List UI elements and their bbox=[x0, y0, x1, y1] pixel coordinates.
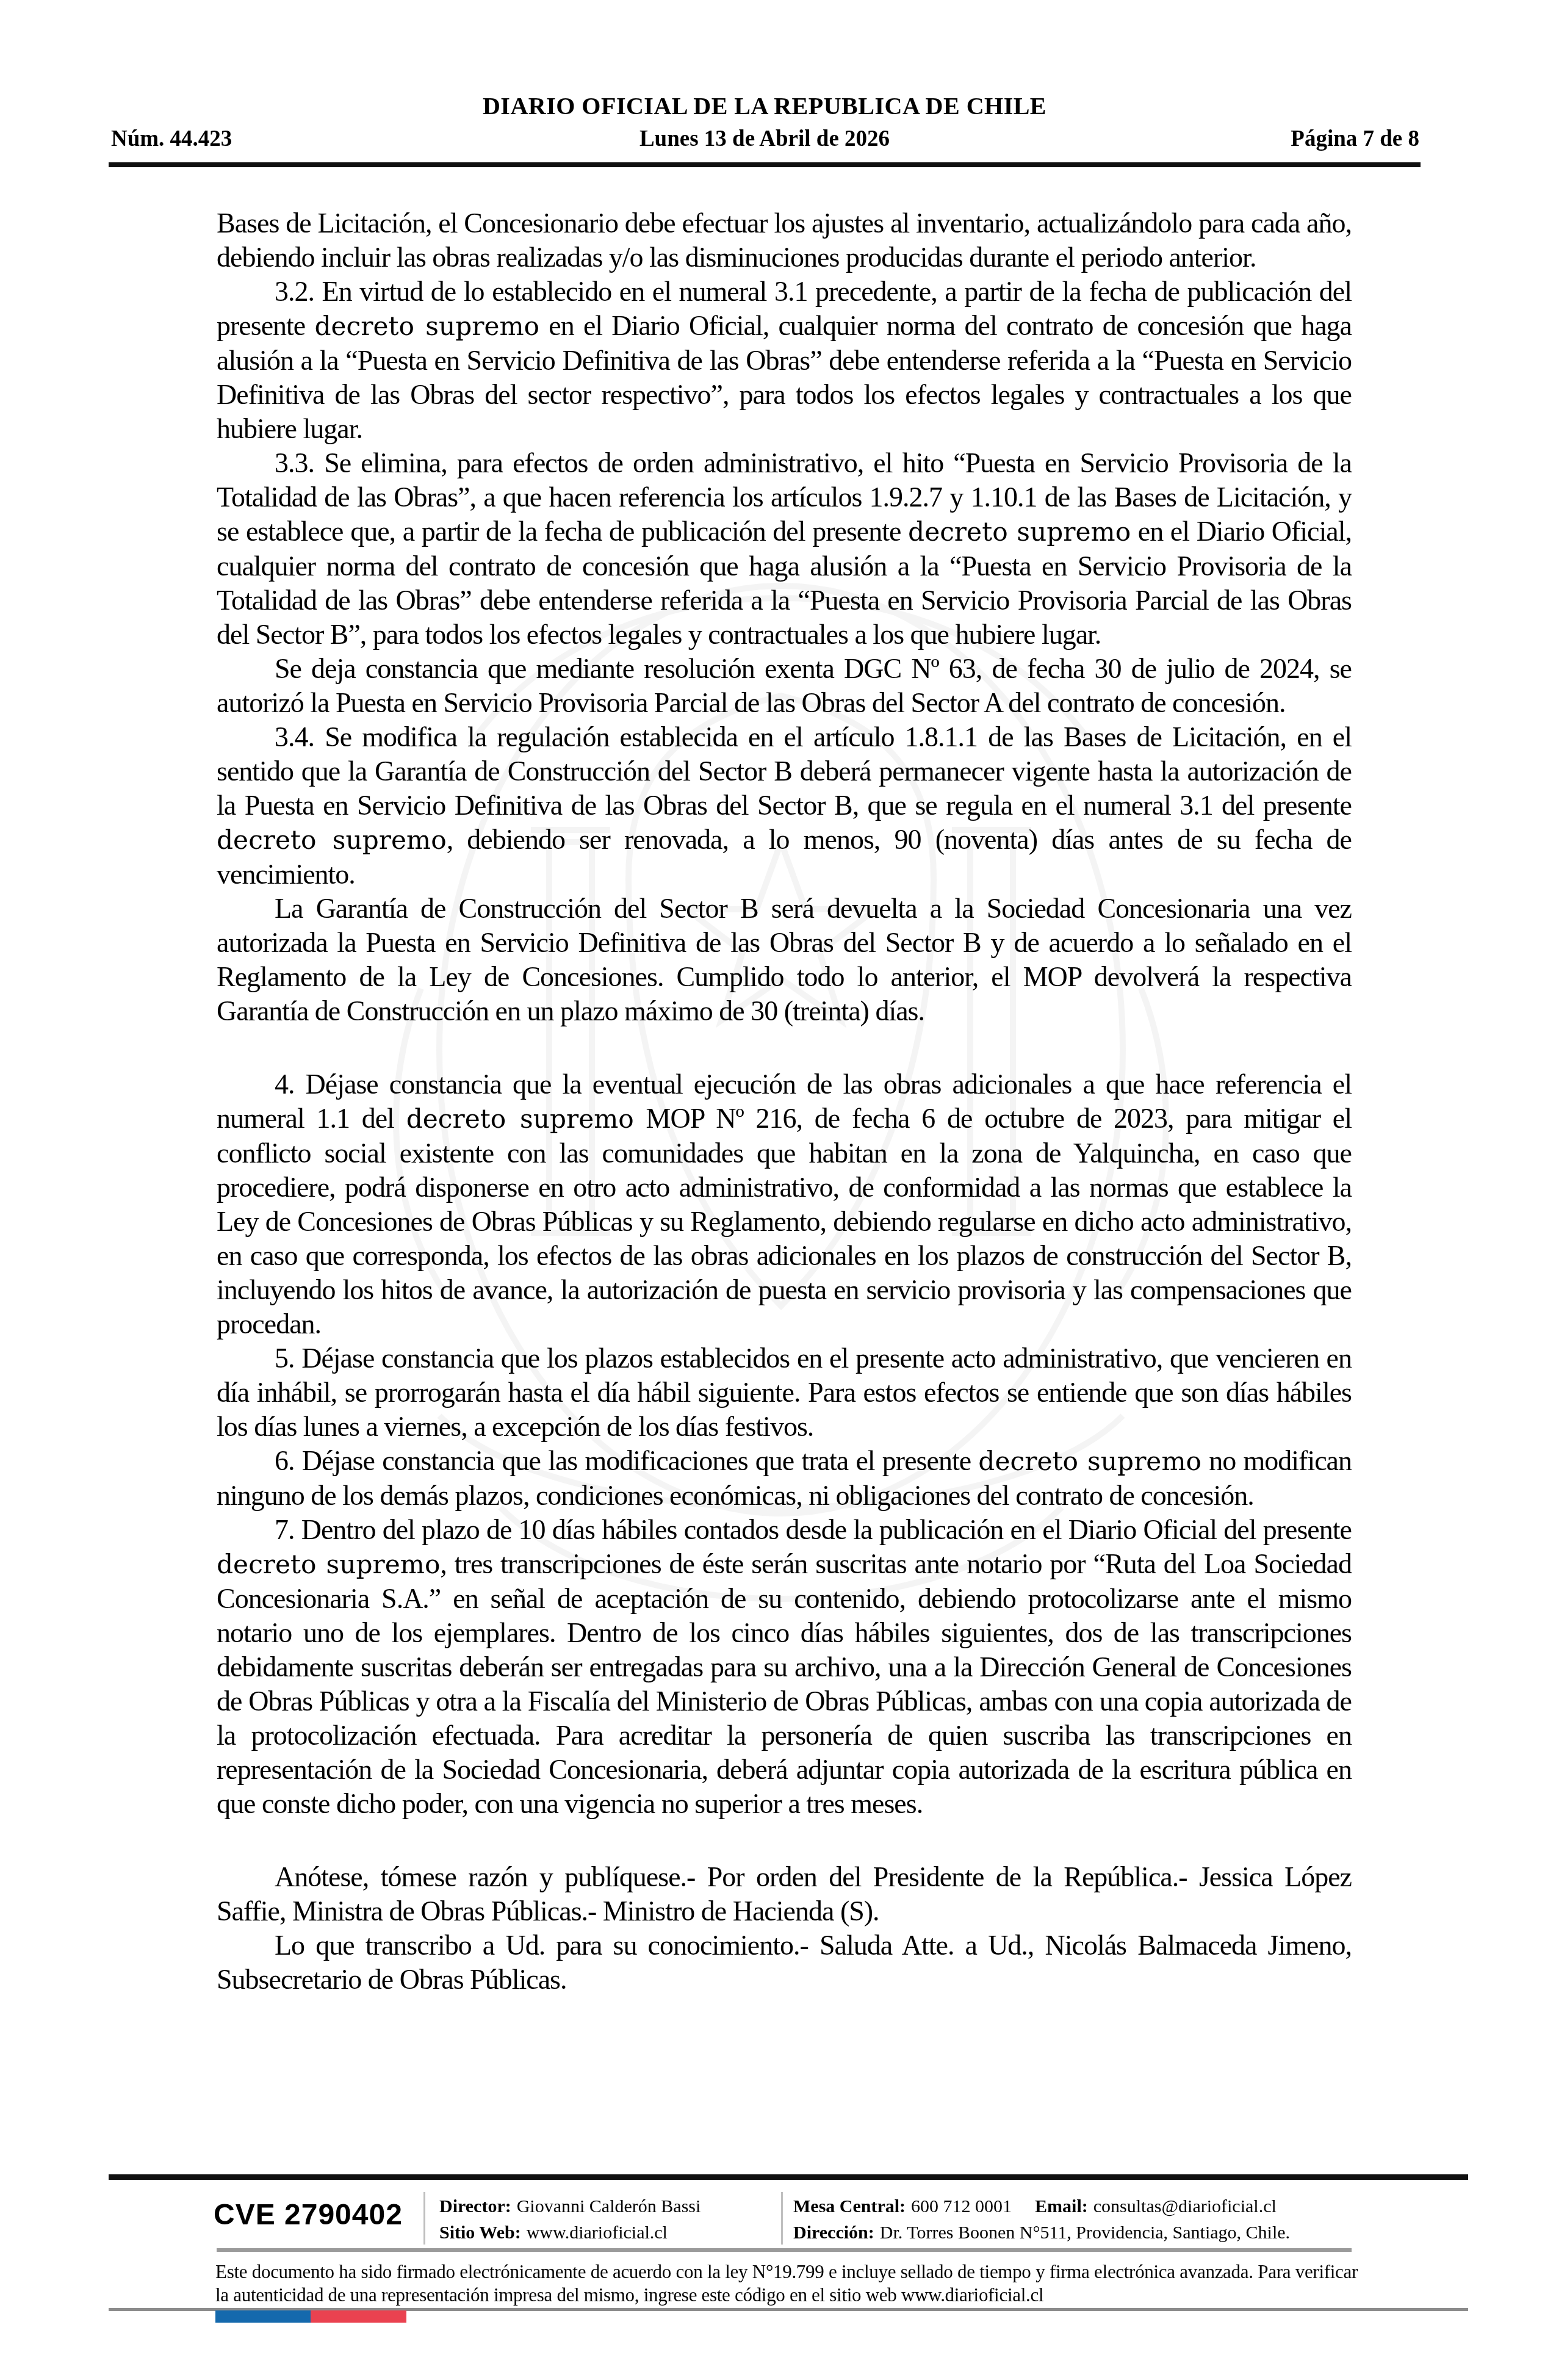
paragraph: Lo que transcribo a Ud. para su conocimi… bbox=[217, 1928, 1352, 1997]
paragraph: 7. Dentro del plazo de 10 días hábiles c… bbox=[217, 1513, 1352, 1821]
paragraph: 3.4. Se modifica la regulación estableci… bbox=[217, 720, 1352, 892]
body-text: 7. Dentro del plazo de 10 días hábiles c… bbox=[275, 1514, 1352, 1545]
paragraph: 3.2. En virtud de lo establecido en el n… bbox=[217, 275, 1352, 446]
address-value: Dr. Torres Boonen N°511, Providencia, Sa… bbox=[880, 2223, 1290, 2243]
footer-mid-rule bbox=[217, 2248, 1352, 2252]
body-text: 6. Déjase constancia que las modificacio… bbox=[275, 1445, 978, 1476]
footer-divider-2 bbox=[781, 2192, 783, 2245]
masthead-title: DIARIO OFICIAL DE LA REPUBLICA DE CHILE bbox=[109, 92, 1421, 120]
header-rule bbox=[109, 162, 1421, 167]
footer-divider-1 bbox=[423, 2192, 425, 2245]
address-label: Dirección: bbox=[793, 2223, 874, 2243]
chile-flag-mark bbox=[215, 2310, 406, 2323]
director-label: Director: bbox=[439, 2196, 511, 2216]
website-line: Sitio Web:www.diarioficial.cl bbox=[439, 2220, 701, 2246]
alt-font-text: decreto supremo bbox=[217, 1549, 440, 1579]
paragraph: 4. Déjase constancia que la eventual eje… bbox=[217, 1067, 1352, 1341]
page-number: Página 7 de 8 bbox=[1291, 126, 1419, 152]
body-text: 5. Déjase constancia que los plazos esta… bbox=[217, 1343, 1352, 1442]
phone-email-line: Mesa Central:600 712 0001Email:consultas… bbox=[793, 2193, 1290, 2220]
cve-code: CVE 2790402 bbox=[214, 2198, 403, 2232]
body-text: 3.4. Se modifica la regulación estableci… bbox=[217, 721, 1352, 821]
footer-contact-block: Mesa Central:600 712 0001Email:consultas… bbox=[793, 2193, 1290, 2246]
document-body: Bases de Licitación, el Concesionario de… bbox=[217, 206, 1352, 1997]
flag-blue-segment bbox=[215, 2310, 311, 2323]
paragraph: 3.3. Se elimina, para efectos de orden a… bbox=[217, 446, 1352, 652]
edition-date: Lunes 13 de Abril de 2026 bbox=[109, 126, 1421, 152]
alt-font-text: decreto supremo bbox=[908, 517, 1131, 547]
phone-label: Mesa Central: bbox=[793, 2196, 906, 2216]
flag-red-segment bbox=[311, 2310, 406, 2323]
body-text: MOP Nº 216, de fecha 6 de octubre de 202… bbox=[217, 1103, 1352, 1340]
body-text: , tres transcripciones de éste serán sus… bbox=[217, 1548, 1352, 1819]
paragraph: Anótese, tómese razón y publíquese.- Por… bbox=[217, 1860, 1352, 1928]
paragraph: 6. Déjase constancia que las modificacio… bbox=[217, 1444, 1352, 1513]
phone-value: 600 712 0001 bbox=[911, 2196, 1012, 2216]
alt-font-text: decreto supremo bbox=[978, 1446, 1201, 1476]
email-label: Email: bbox=[1035, 2196, 1088, 2216]
website-label: Sitio Web: bbox=[439, 2223, 521, 2243]
footer-director-block: Director:Giovanni Calderón Bassi Sitio W… bbox=[439, 2193, 701, 2246]
paragraph: Se deja constancia que mediante resoluci… bbox=[217, 652, 1352, 720]
footer-top-rule bbox=[109, 2174, 1468, 2180]
header-meta-row: Núm. 44.423 Lunes 13 de Abril de 2026 Pá… bbox=[109, 126, 1421, 154]
alt-font-text: decreto supremo bbox=[217, 825, 447, 855]
email-value: consultas@diarioficial.cl bbox=[1093, 2196, 1277, 2216]
body-text: Anótese, tómese razón y publíquese.- Por… bbox=[217, 1861, 1352, 1927]
legal-notice: Este documento ha sido firmado electróni… bbox=[215, 2260, 1358, 2307]
body-text: Se deja constancia que mediante resoluci… bbox=[217, 653, 1352, 718]
body-text: Bases de Licitación, el Concesionario de… bbox=[217, 207, 1352, 273]
paragraph: Bases de Licitación, el Concesionario de… bbox=[217, 206, 1352, 275]
document-page: DIARIO OFICIAL DE LA REPUBLICA DE CHILE … bbox=[0, 0, 1556, 2380]
alt-font-text: decreto supremo bbox=[406, 1104, 634, 1134]
address-line: Dirección:Dr. Torres Boonen N°511, Provi… bbox=[793, 2220, 1290, 2246]
director-line: Director:Giovanni Calderón Bassi bbox=[439, 2193, 701, 2220]
paragraph: 5. Déjase constancia que los plazos esta… bbox=[217, 1341, 1352, 1444]
alt-font-text: decreto supremo bbox=[314, 311, 539, 341]
body-text: Lo que transcribo a Ud. para su conocimi… bbox=[217, 1930, 1352, 1995]
paragraph: La Garantía de Construcción del Sector B… bbox=[217, 892, 1352, 1028]
director-value: Giovanni Calderón Bassi bbox=[517, 2196, 701, 2216]
website-value: www.diarioficial.cl bbox=[527, 2223, 668, 2243]
body-text: La Garantía de Construcción del Sector B… bbox=[217, 893, 1352, 1026]
